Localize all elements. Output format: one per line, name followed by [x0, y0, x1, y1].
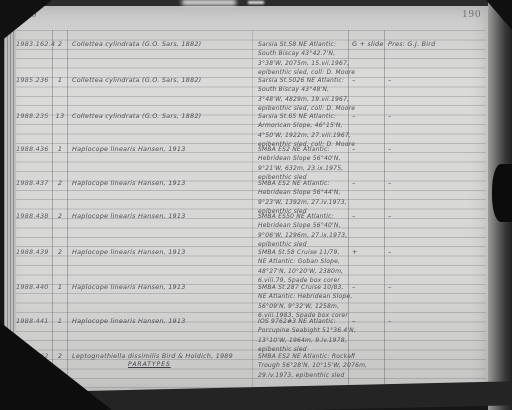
locality-line: 48°27'N, 10°20'W, 2380m,: [258, 267, 350, 276]
scanned-register-page: 190 190 1983.162.4 2 Collettea cylindrat…: [0, 0, 512, 410]
specimen-count: 2: [53, 352, 67, 360]
specimen-count: 1: [53, 283, 67, 291]
storage-note: –: [352, 145, 382, 153]
locality-line: South Biscay 43°42.7'N,: [258, 49, 350, 58]
acquisition-note: –: [388, 212, 476, 220]
column-divider-count: [67, 30, 68, 388]
scan-glare: [182, 0, 236, 5]
storage-note: –: [352, 76, 382, 84]
locality-line: Hebridean Slope 56°44'N,: [258, 188, 350, 197]
species-name: Haplocope linearis Hansen, 1913: [72, 317, 254, 325]
register-row: 1988.235 13 Collettea cylindrata (G.O. S…: [0, 110, 512, 111]
register-row: 1988.440 1 Haplocope linearis Hansen, 19…: [0, 281, 512, 282]
specimen-count: 1: [53, 317, 67, 325]
registration-number: 1988.235: [16, 112, 52, 120]
species-name: Haplocope linearis Hansen, 1913: [72, 179, 254, 187]
locality-line: SMBA St.287 Cruise 10/83,: [258, 283, 350, 292]
locality-line: Sarsia St.58 NE Atlantic:: [258, 40, 350, 49]
acquisition-note: –: [388, 283, 476, 291]
locality-line: Hebridean Slope 56°40'N,: [258, 154, 350, 163]
register-row: 1988.437 2 Haplocope linearis Hansen, 19…: [0, 177, 512, 178]
register-row: 1988.438 2 Haplocope linearis Hansen, 19…: [0, 210, 512, 211]
species-name: Haplocope linearis Hansen, 1913: [72, 212, 254, 220]
locality-line: 13°10'W, 1964m, 9.iv.1978,: [258, 336, 350, 345]
register-row: 1983.162.4 2 Collettea cylindrata (G.O. …: [0, 38, 512, 39]
locality-line: 56°09'N, 9°32'W, 1258m,: [258, 302, 350, 311]
locality-notes: SMBA St.58 Cruise 11/79,NE Atlantic: Gob…: [258, 248, 350, 286]
acquisition-note: –: [388, 76, 476, 84]
species-name: Collettea cylindrata (G.O. Sars, 1882): [72, 112, 254, 120]
locality-line: SMBA St.58 Cruise 11/79,: [258, 248, 350, 257]
register-row: 1988.436 1 Haplocope linearis Hansen, 19…: [0, 143, 512, 144]
register-row: 1985.236 1 Collettea cylindrata (G.O. Sa…: [0, 74, 512, 75]
species-name: Leptognathiella dissimilis Bird & Holdic…: [72, 352, 254, 360]
locality-notes: Sarsia St.5026 NE Atlantic:South Biscay …: [258, 76, 350, 114]
registration-number: 1988.440: [16, 283, 52, 291]
acquisition-note: Pres: G.J. Bird: [388, 40, 476, 48]
species-name: Haplocope linearis Hansen, 1913: [72, 283, 254, 291]
register-row: 1988.439 2 Haplocope linearis Hansen, 19…: [0, 246, 512, 247]
locality-line: 3°48'W, 4829m, 19.vii.1967,: [258, 95, 350, 104]
scan-glare: [248, 1, 264, 4]
locality-line: SMBA ES2 NE Atlantic:: [258, 179, 350, 188]
locality-notes: Sarsia St.58 NE Atlantic:South Biscay 43…: [258, 40, 350, 78]
storage-note: +: [352, 248, 382, 256]
locality-notes: SMBA ES2 NE Atlantic: RockallTrough 56°2…: [258, 352, 350, 380]
register-row: 1988.441 1 Haplocope linearis Hansen, 19…: [0, 315, 512, 316]
scan-shadow-blob: [492, 164, 512, 222]
species-name: Collettea cylindrata (G.O. Sars, 1882): [72, 40, 254, 48]
registration-number: 1988.437: [16, 179, 52, 187]
species-name: Haplocope linearis Hansen, 1913: [72, 248, 254, 256]
storage-note: G + slide: [352, 40, 382, 48]
locality-line: NE Atlantic: Goban Slope,: [258, 257, 350, 266]
acquisition-note: –: [388, 112, 476, 120]
locality-line: SMBA ES2 NE Atlantic: Rockall: [258, 352, 350, 361]
specimen-count: 1: [53, 76, 67, 84]
specimen-count: 2: [53, 179, 67, 187]
species-name: Haplocope linearis Hansen, 1913: [72, 145, 254, 153]
locality-notes: IOS 9762#3 NE Atlantic:Porcupine Seabigh…: [258, 317, 350, 355]
registration-number: 1983.162.4: [16, 40, 52, 48]
locality-line: Hebridean Slope 56°40'N,: [258, 221, 350, 230]
locality-line: Porcupine Seabight 51°36.4'N,: [258, 326, 350, 335]
locality-line: South Biscay 43°48'N,: [258, 85, 350, 94]
acquisition-note: –: [388, 248, 476, 256]
locality-line: 3°38'W, 2075m, 15.vii.1967,: [258, 59, 350, 68]
register-row: 1990.262 2 Leptognathiella dissimilis Bi…: [0, 350, 512, 351]
specimen-count: 2: [53, 212, 67, 220]
locality-line: Trough 56°28'N, 10°15'W, 2076m,: [258, 361, 350, 370]
storage-note: –: [352, 283, 382, 291]
storage-note: –: [352, 317, 382, 325]
storage-note: –: [352, 112, 382, 120]
locality-line: 9°23'W, 1392m, 27.iv.1973,: [258, 198, 350, 207]
locality-line: 29.iv.1973, epibenthic sled: [258, 371, 350, 380]
specimen-count: 2: [53, 248, 67, 256]
locality-line: IOS 9762#3 NE Atlantic:: [258, 317, 350, 326]
locality-line: Sarsia St.5026 NE Atlantic:: [258, 76, 350, 85]
type-status-annotation: PARATYPES: [128, 361, 171, 368]
locality-line: NE Atlantic: Hebridean Slope,: [258, 292, 350, 301]
acquisition-note: –: [388, 179, 476, 187]
locality-notes: SMBA ES50 NE Atlantic:Hebridean Slope 56…: [258, 212, 350, 250]
registration-number: 1988.436: [16, 145, 52, 153]
locality-line: SMBA ES2 NE Atlantic:: [258, 145, 350, 154]
acquisition-note: –: [388, 317, 476, 325]
storage-note: –: [352, 212, 382, 220]
storage-note: –: [352, 179, 382, 187]
locality-line: 4°50'W, 1922m, 27.viii.1967,: [258, 131, 350, 140]
locality-line: 9°21'W, 632m, 23.ix.1975,: [258, 164, 350, 173]
locality-line: SMBA ES50 NE Atlantic:: [258, 212, 350, 221]
registration-number: 1985.236: [16, 76, 52, 84]
locality-line: Sarsia St.65 NE Atlantic:: [258, 112, 350, 121]
storage-note: ": [352, 352, 382, 360]
specimen-count: 1: [53, 145, 67, 153]
column-divider-acquisition: [384, 30, 385, 388]
page-stack-edges: [4, 8, 16, 338]
species-name: Collettea cylindrata (G.O. Sars, 1882): [72, 76, 254, 84]
registration-number: 1988.441: [16, 317, 52, 325]
registration-number: 1988.439: [16, 248, 52, 256]
page-number-right: 190: [462, 8, 482, 20]
specimen-count: 2: [53, 40, 67, 48]
locality-line: Armorican Slope, 46°15'N,: [258, 121, 350, 130]
specimen-count: 13: [53, 112, 67, 120]
locality-line: 9°06'W, 1296m, 27.ix.1973,: [258, 231, 350, 240]
registration-number: 1988.438: [16, 212, 52, 220]
acquisition-note: –: [388, 145, 476, 153]
